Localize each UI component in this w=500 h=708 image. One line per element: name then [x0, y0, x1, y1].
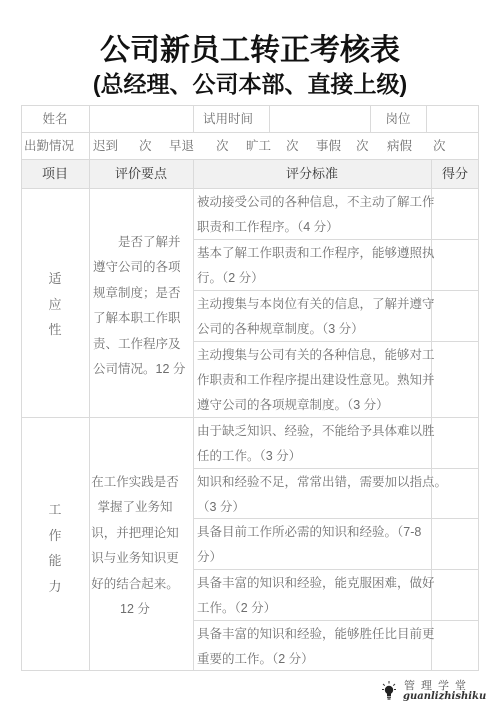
divider [193, 105, 194, 132]
header-criteria: 评分标准 [193, 159, 431, 189]
key-point-line: 了解本职工作职 [93, 306, 181, 331]
criteria-row: 被动接受公司的各种信息，不主动了解工作 职责和工作程序。（4 分） [197, 190, 435, 240]
key-point-line: 识，并把理论知 [91, 521, 179, 546]
header-key-points: 评价要点 [89, 159, 193, 189]
criteria-line: 重要的工作。（2 分） [197, 647, 435, 672]
key-point-line: 公司情况。12 分 [93, 357, 181, 382]
criteria-line: 基本了解工作职责和工作程序，能够遵照执 [197, 241, 435, 266]
criteria-row: 具备丰富的知识和经验，能够胜任比目前更 重要的工作。（2 分） [197, 622, 435, 672]
criteria-line: 工作。（2 分） [197, 596, 435, 621]
key-point-line: 在工作实践是否 [91, 470, 179, 495]
attendance-personal-leave-count[interactable]: 次 [356, 133, 369, 159]
section-label-char: 工 [21, 497, 89, 523]
key-point-line: 掌握了业务知 [91, 495, 179, 520]
criteria-line: 具备丰富的知识和经验，能克服困难，做好 [197, 571, 435, 596]
score-field[interactable] [432, 418, 479, 468]
criteria-line: 分） [197, 545, 421, 570]
watermark-name-en: guanlizhishiku [403, 691, 486, 702]
key-point-line: 是否了解并 [93, 230, 181, 255]
section-label-char: 适 [21, 266, 89, 292]
criteria-row: 基本了解工作职责和工作程序，能够遵照执 行。（2 分） [197, 241, 435, 291]
score-field[interactable] [432, 519, 479, 569]
criteria-row: 主动搜集与公司有关的各种信息，能够对工 作职责和工作程序提出建设性意见。熟知并 … [197, 343, 435, 418]
criteria-line: 任的工作。（3 分） [197, 444, 435, 469]
criteria-row: 由于缺乏知识、经验，不能给予具体难以胜 任的工作。（3 分） [197, 419, 435, 469]
criteria-line: （3 分） [197, 495, 447, 520]
score-field[interactable] [432, 240, 479, 290]
section-label-char: 力 [21, 574, 89, 600]
section-label-work-ability: 工 作 能 力 [21, 497, 89, 599]
header-score: 得分 [431, 159, 479, 189]
criteria-line: 由于缺乏知识、经验，不能给予具体难以胜 [197, 419, 435, 444]
position-label: 岗位 [370, 106, 426, 132]
watermark-logo: 管理学堂 guanlizhishiku [382, 677, 482, 705]
criteria-line: 主动搜集与公司有关的各种信息，能够对工 [197, 343, 435, 368]
key-point-line: 规章制度；是否 [93, 281, 181, 306]
section-label-char: 作 [21, 523, 89, 549]
score-field[interactable] [432, 570, 479, 620]
criteria-line: 遵守公司的各项规章制度。（3 分） [197, 393, 435, 418]
attendance-label: 出勤情况 [24, 133, 74, 159]
score-field[interactable] [432, 342, 479, 417]
key-point-line: 责、工作程序及 [93, 332, 181, 357]
attendance-late-label: 迟到 [93, 133, 118, 159]
criteria-row: 具备目前工作所必需的知识和经验。（7-8 分） [197, 520, 421, 570]
criteria-line: 具备目前工作所必需的知识和经验。（7-8 [197, 520, 421, 545]
document-subtitle: (总经理、公司本部、直接上级) [0, 69, 500, 99]
criteria-line: 主动搜集与本岗位有关的信息，了解并遵守 [197, 292, 435, 317]
criteria-row: 知识和经验不足，常常出错，需要加以指点。 （3 分） [197, 470, 447, 520]
key-point-line: 遵守公司的各项 [93, 255, 181, 280]
probation-field[interactable] [270, 106, 370, 132]
attendance-absent-label: 旷工 [246, 133, 271, 159]
attendance-sick-leave-count[interactable]: 次 [433, 133, 446, 159]
score-field[interactable] [432, 189, 479, 239]
key-point-line: 识与业务知识更 [91, 546, 179, 571]
criteria-line: 公司的各种规章制度。（3 分） [197, 317, 435, 342]
document-title: 公司新员工转正考核表 [0, 33, 500, 69]
key-point-line: 好的结合起来。 [91, 572, 179, 597]
section-label-adaptability: 适 应 性 [21, 266, 89, 343]
name-label: 姓名 [21, 106, 89, 132]
key-point-line: 12 分 [91, 597, 179, 622]
probation-label: 试用时间 [203, 106, 253, 132]
name-field[interactable] [90, 106, 193, 132]
attendance-sick-leave-label: 病假 [387, 133, 412, 159]
score-field[interactable] [432, 621, 479, 671]
criteria-line: 作职责和工作程序提出建设性意见。熟知并 [197, 368, 435, 393]
attendance-early-count[interactable]: 次 [216, 133, 229, 159]
criteria-line: 知识和经验不足，常常出错，需要加以指点。 [197, 470, 447, 495]
section-label-char: 性 [21, 317, 89, 343]
divider [89, 105, 90, 671]
key-points-adaptability: 是否了解并 遵守公司的各项 规章制度；是否 了解本职工作职 责、工作程序及 公司… [93, 230, 181, 382]
section-label-char: 应 [21, 292, 89, 318]
criteria-line: 行。（2 分） [197, 266, 435, 291]
score-field[interactable] [432, 291, 479, 341]
position-field[interactable] [427, 106, 479, 132]
attendance-late-count[interactable]: 次 [139, 133, 152, 159]
score-field[interactable] [432, 469, 479, 518]
criteria-line: 职责和工作程序。（4 分） [197, 215, 435, 240]
header-item: 项目 [21, 159, 89, 189]
lightbulb-icon [382, 681, 396, 701]
section-label-char: 能 [21, 548, 89, 574]
attendance-early-label: 早退 [169, 133, 194, 159]
criteria-row: 具备丰富的知识和经验，能克服困难，做好 工作。（2 分） [197, 571, 435, 621]
attendance-absent-count[interactable]: 次 [286, 133, 299, 159]
key-points-work-ability: 在工作实践是否 掌握了业务知 识，并把理论知 识与业务知识更 好的结合起来。 1… [91, 470, 179, 622]
divider [193, 159, 194, 671]
criteria-line: 具备丰富的知识和经验，能够胜任比目前更 [197, 622, 435, 647]
criteria-row: 主动搜集与本岗位有关的信息，了解并遵守 公司的各种规章制度。（3 分） [197, 292, 435, 342]
attendance-personal-leave-label: 事假 [316, 133, 341, 159]
criteria-line: 被动接受公司的各种信息，不主动了解工作 [197, 190, 435, 215]
